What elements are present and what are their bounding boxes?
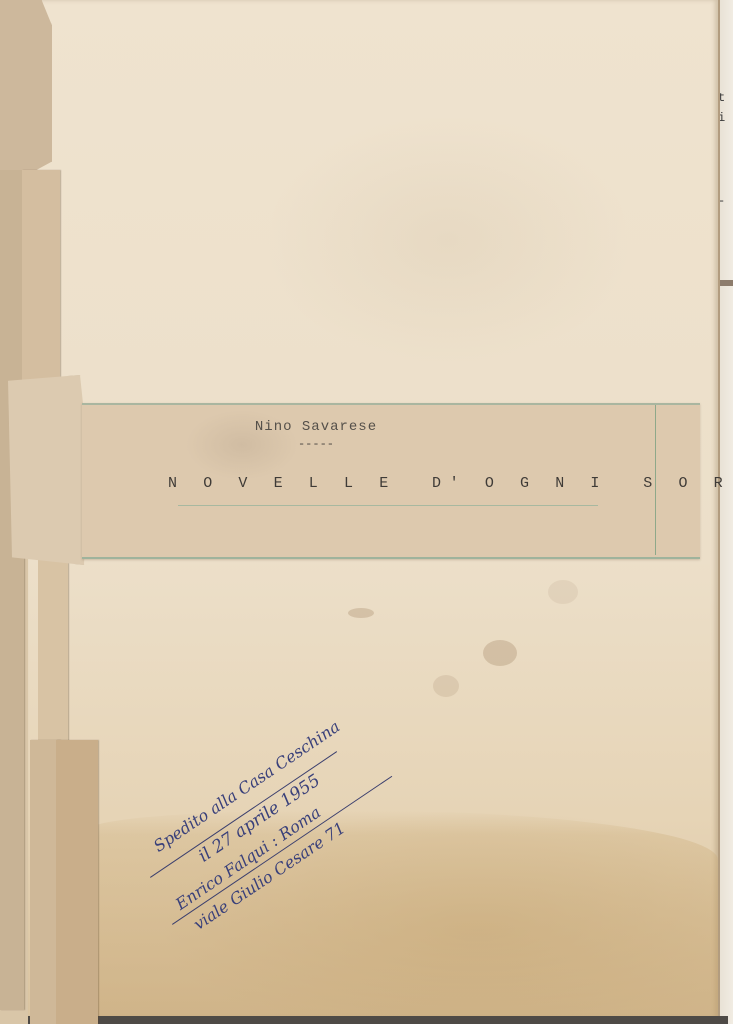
tape-strip [56, 740, 98, 1024]
stain-spot [483, 640, 517, 666]
fold-line [655, 405, 656, 555]
bottom-edge [28, 1016, 728, 1024]
handwritten-note: Spedito alla Casa Ceschina il 27 aprile … [120, 700, 420, 940]
tape-strip [0, 0, 52, 170]
tape-strip [8, 375, 88, 565]
tape-strip [38, 560, 68, 750]
title-label: Nino Savarese ----- N O V E L L E D' O G… [82, 403, 700, 559]
document-title: N O V E L L E D' O G N I S O R T A [168, 475, 733, 492]
title-underline [178, 505, 598, 506]
stain-spot [348, 608, 374, 618]
author-name: Nino Savarese [82, 419, 700, 435]
tape-strip [0, 170, 24, 1010]
scanned-document: t i - Nino Savarese ----- N O V E L L E … [0, 0, 733, 1024]
stain-spot [433, 675, 459, 697]
stain-spot [548, 580, 578, 604]
separator: ----- [82, 437, 700, 451]
